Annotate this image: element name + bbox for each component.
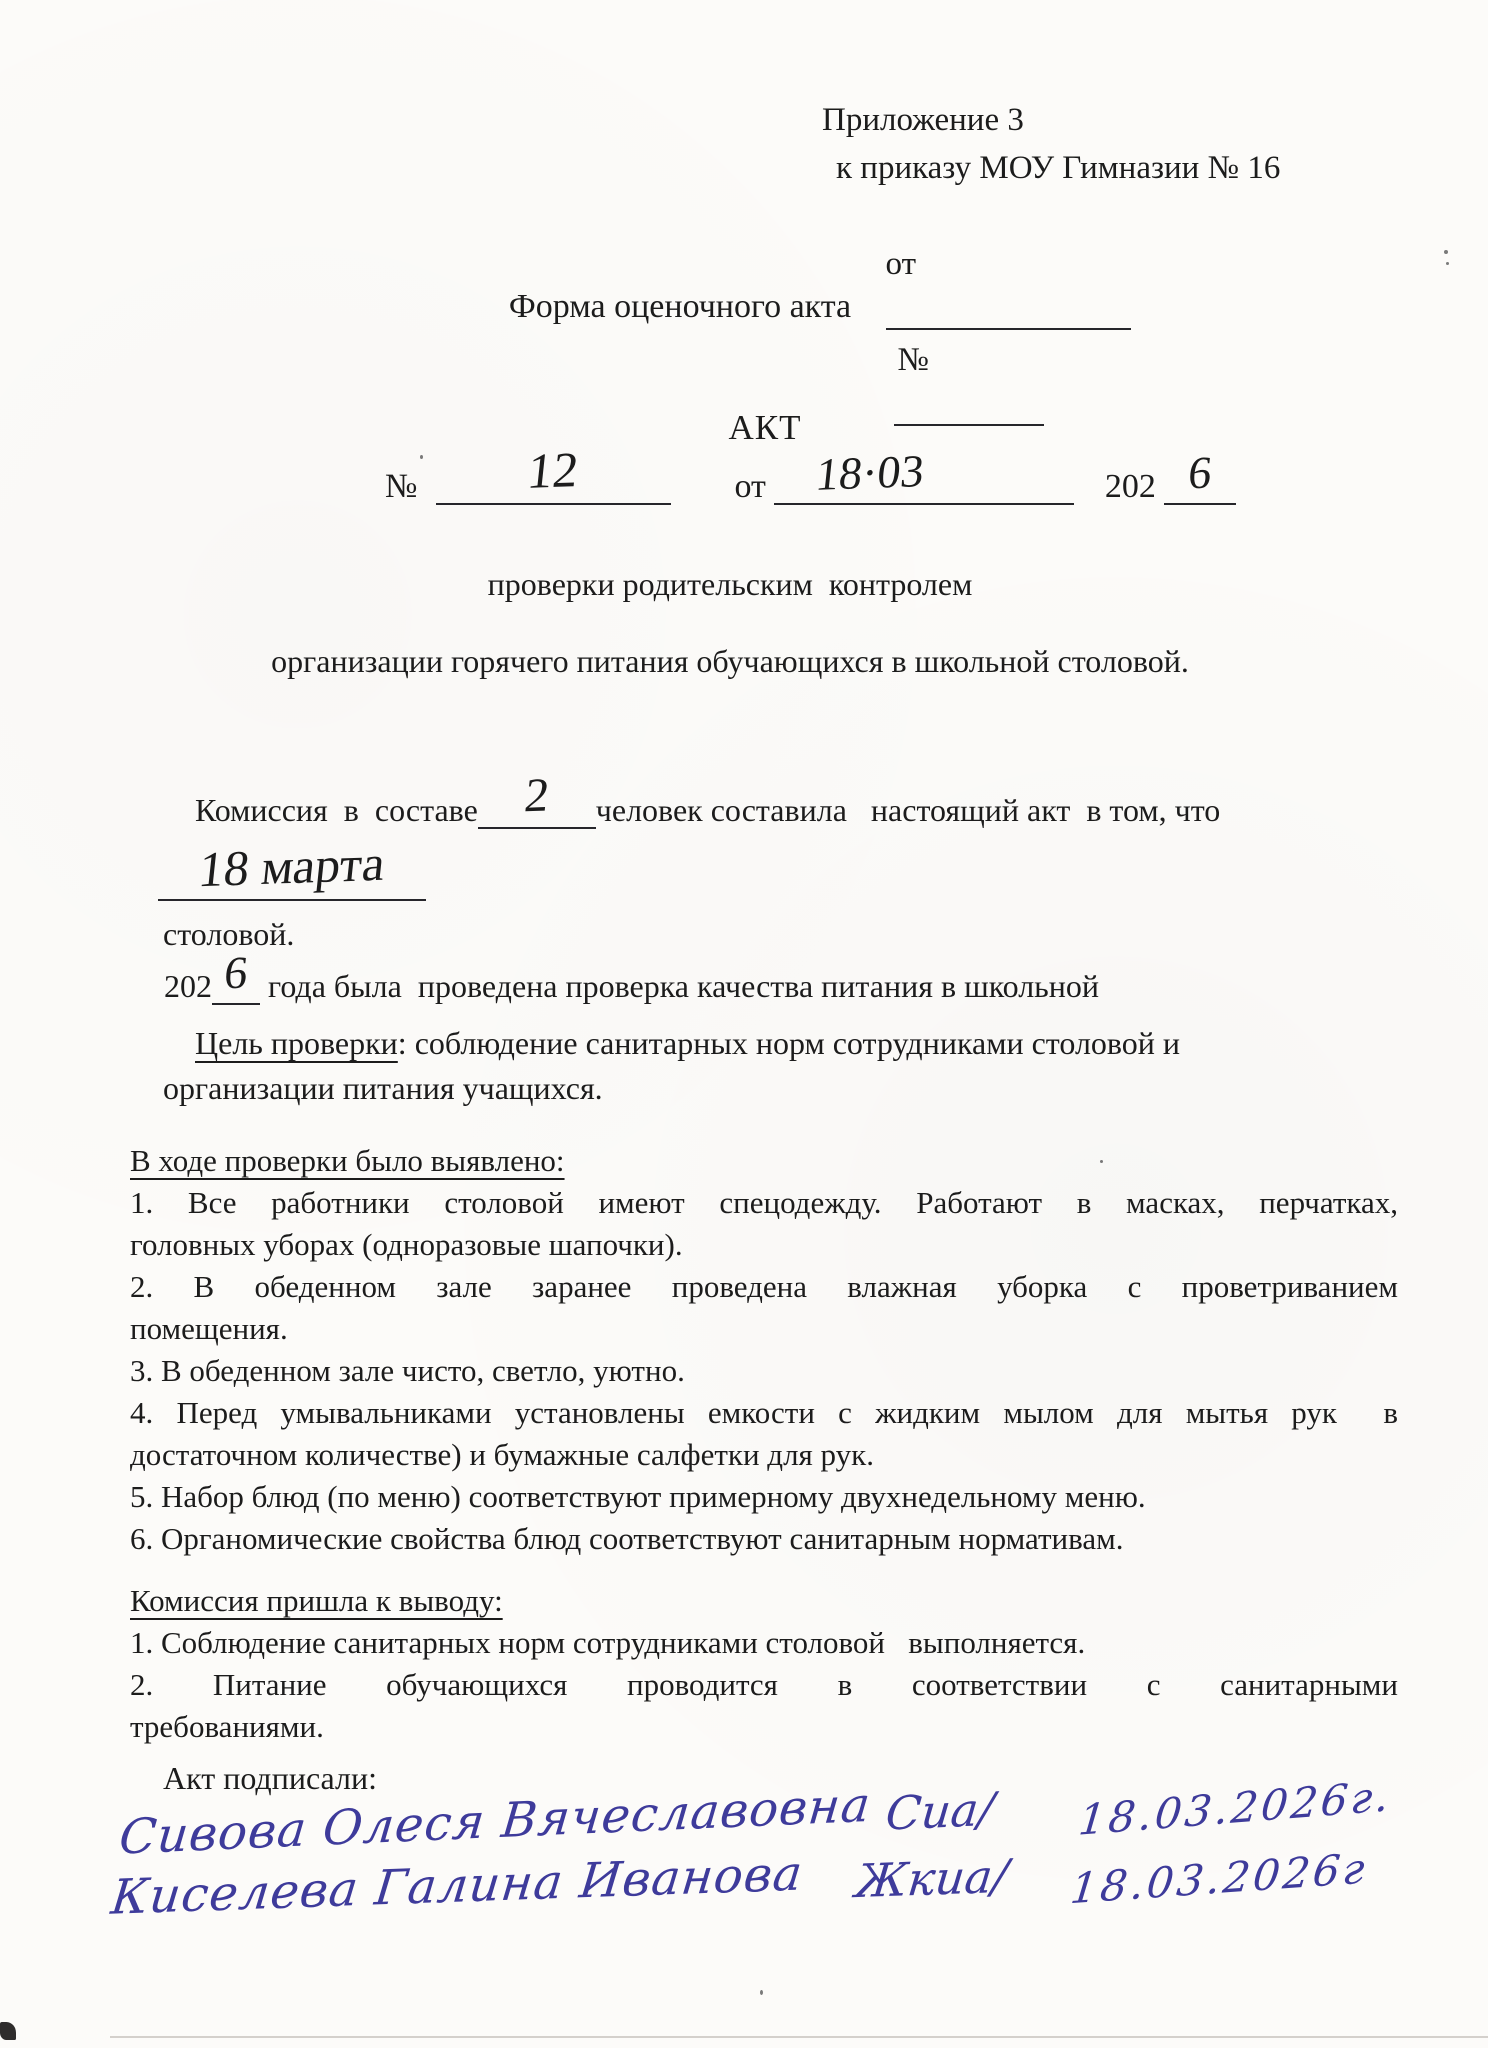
act-number-handwritten: 12 [525, 440, 581, 500]
act-year-handwritten: 6 [1186, 446, 1215, 500]
act-year-prefix: 202 [1105, 468, 1156, 505]
conclusion-line: требованиями. [130, 1706, 1398, 1748]
act-number-label: № [385, 468, 417, 505]
continuation-line: столовой. [163, 916, 294, 953]
act-date-handwritten: 18·03 [814, 444, 927, 501]
findings-line: 2. В обеденном зале заранее проведена вл… [130, 1266, 1398, 1308]
appendix-line1: Приложение 3 [822, 96, 1280, 144]
act-heading: АКТ [130, 408, 1400, 448]
findings-line: достаточном количестве) и бумажные салфе… [130, 1434, 1398, 1476]
findings-line: головных уборах (одноразовые шапочки). [130, 1224, 1398, 1266]
subtitle-line1: проверки родительским контролем [130, 566, 1330, 603]
conclusion-section: Комиссия пришла к выводу: 1. Соблюдение … [130, 1580, 1398, 1748]
scanned-document-page: Приложение 3 к приказу МОУ Гимназии № 16… [0, 0, 1488, 2048]
inspection-date-blank: 18 марта [158, 865, 426, 901]
findings-line: 6. Органомические свойства блюд соответс… [130, 1518, 1398, 1560]
commission-count-handwritten: 2 [522, 768, 552, 824]
form-title: Форма оценочного акта [100, 288, 1260, 326]
appendix-line2: к приказу МОУ Гимназии № 16 [822, 144, 1280, 192]
scan-speck [1100, 1160, 1103, 1163]
commission-count-blank: 2 [478, 793, 596, 829]
scan-speck [1446, 262, 1449, 265]
findings-heading: В ходе проверки было выявлено: [130, 1140, 1398, 1182]
purpose-separator: : [398, 1025, 415, 1061]
findings-line: 4. Перед умывальниками установлены емкос… [130, 1392, 1398, 1434]
subtitle-line2: организации горячего питания обучающихся… [130, 643, 1330, 680]
findings-line: 1. Все работники столовой имеют спецодеж… [130, 1182, 1398, 1224]
scan-artifact-bottom-line [110, 2036, 1488, 2038]
signature-date: 18.03.2026г [1068, 1837, 1466, 1913]
commission-text-after: человек составила настоящий акт в том, ч… [596, 792, 1221, 828]
purpose-text: соблюдение санитарных норм сотрудниками … [415, 1025, 1180, 1061]
conclusion-line: 2. Питание обучающихся проводится в соот… [130, 1664, 1398, 1706]
act-from-label: от [734, 468, 765, 505]
findings-section: В ходе проверки было выявлено: 1. Все ра… [130, 1140, 1398, 1560]
signature-date: 18.03.2026г. [1076, 1765, 1473, 1845]
scan-speck [760, 1990, 763, 1995]
signature-mark: Сиа/ [797, 1778, 1083, 1844]
scan-artifact-corner-mark [0, 2022, 16, 2040]
scan-speck [420, 455, 423, 459]
signatures-label: Акт подписали: [163, 1760, 377, 1797]
purpose-label: Цель проверки [195, 1025, 398, 1061]
act-year-blank: 6 [1164, 469, 1236, 505]
scan-speck [1444, 250, 1448, 254]
inspection-date-handwritten: 18 марта [196, 834, 388, 898]
act-number-blank: 12 [436, 469, 671, 505]
findings-line: 5. Набор блюд (по меню) соответствуют пр… [130, 1476, 1398, 1518]
conclusion-line: 1. Соблюдение санитарных норм сотрудника… [130, 1622, 1398, 1664]
commission-text-before: Комиссия в составе [195, 792, 478, 828]
conclusion-heading: Комиссия пришла к выводу: [130, 1580, 1398, 1622]
act-date-blank: 18·03 [774, 469, 1074, 505]
appendix-number-sign: № [898, 342, 930, 378]
purpose-line2: организации питания учащихся. [163, 1070, 603, 1107]
appendix-from-label: от [886, 246, 917, 282]
findings-line: помещения. [130, 1308, 1398, 1350]
signature-mark: Жкиа/ [789, 1847, 1075, 1911]
findings-line: 3. В обеденном зале чисто, светло, уютно… [130, 1350, 1398, 1392]
act-number-line: № 12 от 18·03 202 6 [385, 468, 1236, 506]
